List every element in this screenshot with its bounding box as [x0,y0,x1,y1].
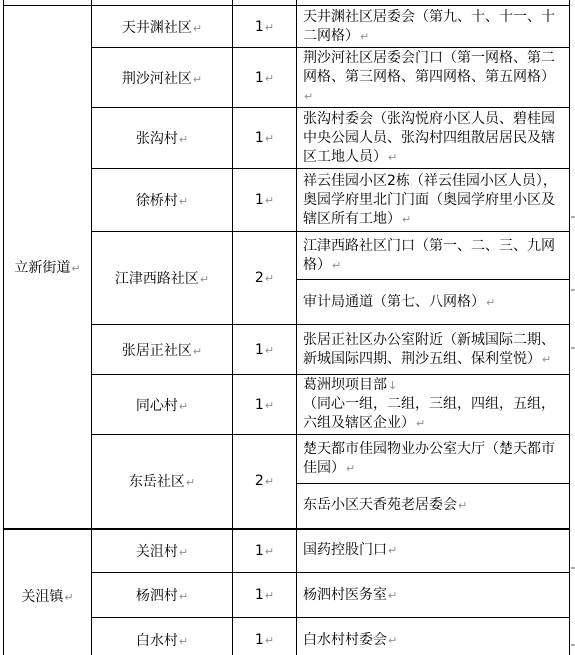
paragraph-mark-icon: ↵ [388,544,397,557]
row-end-mark [571,644,575,646]
location-cell: 葛洲坝项目部↓ （同心一组，二组，三组，四组，五组，六组及辖区企业）↵ [297,375,570,435]
community-name: 杨泗村 [136,588,178,604]
paragraph-mark-icon: ↵ [542,353,551,366]
paragraph-mark-icon: ↵ [265,344,274,357]
count-value: 1 [255,70,264,86]
count-value: 1 [255,19,264,35]
location-text: 楚天都市佳园物业办公室大厅（楚天都市佳园） [303,441,555,476]
location-cell: 杨泗村医务室↵ [297,573,570,618]
count-cell: 1↵ [233,169,297,232]
location-cell: 国药控股门口↵ [297,529,570,573]
community-cell: 关沮村↵ [92,529,233,573]
count-cell: 1↵ [233,325,297,375]
location-text: 荆沙河社区居委会门口（第一网格、第二网格、第三网格、第四网格、第五网格） [303,50,555,85]
paragraph-mark-icon: ↵ [179,133,188,146]
table-row: 立新街道↵ 天井渊社区↵ 1↵ 天井渊社区居委会（第九、十、十一、十二网格）↵ [4,6,570,48]
count-value: 1 [255,543,264,559]
count-value: 1 [255,632,264,648]
paragraph-mark-icon: ↵ [186,476,195,489]
count-value: 2 [255,473,264,489]
location-cell: 东岳小区天香苑老居委会↵ [297,484,570,529]
count-value: 1 [255,130,264,146]
document-page: 立新街道↵ 天井渊社区↵ 1↵ 天井渊社区居委会（第九、十、十一、十二网格）↵ … [0,0,575,655]
community-cell: 徐桥村↵ [92,169,233,232]
location-cell: 天井渊社区居委会（第九、十、十一、十二网格）↵ [297,6,570,48]
location-text: 张居正社区办公室附近（新城国际二期、新城国际四期、荆沙五组、保利堂悦） [303,332,555,367]
paragraph-mark-icon: ↵ [346,462,355,475]
count-cell: 1↵ [233,573,297,618]
street-cell: 立新街道↵ [4,6,92,529]
street-cell: 关沮镇↵ [4,529,92,655]
location-text: 张沟村委会（张沟悦府小区人员、碧桂园中央公园人员、张沟村四组散居居民及辖区工地人… [303,111,555,165]
paragraph-mark-icon: ↵ [193,73,202,86]
location-text: 葛洲坝项目部 [303,377,387,393]
location-text: 白水村村委会 [303,632,387,648]
line-break-icon: ↓ [388,379,397,392]
community-name: 东岳社区 [129,474,185,490]
row-end-mark [571,347,575,349]
paragraph-mark-icon: ↵ [265,634,274,647]
table-row: 关沮镇↵ 关沮村↵ 1↵ 国药控股门口↵ [4,529,570,573]
count-value: 1 [255,192,264,208]
paragraph-mark-icon: ↵ [388,151,397,164]
count-cell: 1↵ [233,375,297,435]
street-name: 立新街道 [14,260,70,276]
paragraph-mark-icon: ↵ [388,634,397,647]
street-name: 关沮镇 [21,589,63,605]
community-cell: 荆沙河社区↵ [92,48,233,108]
paragraph-mark-icon: ↵ [265,545,274,558]
row-end-mark [571,567,575,569]
community-name: 张沟村 [136,131,178,147]
count-cell: 1↵ [233,6,297,48]
paragraph-mark-icon: ↵ [360,30,369,43]
community-cell: 江津西路社区↵ [92,232,233,325]
paragraph-mark-icon: ↵ [416,417,425,430]
paragraph-mark-icon: ↵ [71,262,80,275]
paragraph-mark-icon: ↵ [179,546,188,559]
location-text: 杨泗村医务室 [303,587,387,603]
count-cell: 2↵ [233,435,297,529]
paragraph-mark-icon: ↵ [179,590,188,603]
paragraph-mark-icon: ↵ [265,272,274,285]
community-cell: 张居正社区↵ [92,325,233,375]
location-text: 审计局通道（第七、八网格） [303,294,485,310]
location-text: 东岳小区天香苑老居委会 [303,497,457,513]
count-cell: 1↵ [233,48,297,108]
count-value: 1 [255,397,264,413]
location-cell: 审计局通道（第七、八网格）↵ [297,280,570,325]
location-text: 祥云佳园小区2栋（祥云佳园小区人员），奥园学府里北门门面（奥园学府里小区及辖区所… [303,173,557,227]
count-cell: 2↵ [233,232,297,325]
count-value: 2 [255,270,264,286]
community-name: 同心村 [136,398,178,414]
count-value: 1 [255,342,264,358]
community-checkpoint-table: 立新街道↵ 天井渊社区↵ 1↵ 天井渊社区居委会（第九、十、十一、十二网格）↵ … [3,0,570,655]
paragraph-mark-icon: ↵ [64,591,73,604]
paragraph-mark-icon: ↵ [265,21,274,34]
location-text: 国药控股门口 [303,542,387,558]
community-cell: 白水村↵ [92,618,233,655]
paragraph-mark-icon: ↵ [179,400,188,413]
count-cell: 1↵ [233,108,297,169]
paragraph-mark-icon: ↵ [304,90,313,103]
paragraph-mark-icon: ↵ [193,345,202,358]
community-name: 张居正社区 [122,343,192,359]
community-cell: 张沟村↵ [92,108,233,169]
location-cell: 楚天都市佳园物业办公室大厅（楚天都市佳园）↵ [297,435,570,484]
paragraph-mark-icon: ↵ [179,635,188,648]
community-cell: 东岳社区↵ [92,435,233,529]
paragraph-mark-icon: ↵ [388,589,397,602]
community-name: 江津西路社区 [115,271,199,287]
count-value: 1 [255,587,264,603]
count-cell: 1↵ [233,618,297,655]
paragraph-mark-icon: ↵ [179,195,188,208]
paragraph-mark-icon: ↵ [402,213,411,226]
paragraph-mark-icon: ↵ [265,132,274,145]
location-text: 天井渊社区居委会（第九、十、十一、十二网格） [303,9,555,44]
location-cell: 江津西路社区门口（第一、二、三、九网格）↵ [297,232,570,280]
community-name: 荆沙河社区 [122,71,192,87]
paragraph-mark-icon: ↵ [193,22,202,35]
paragraph-mark-icon: ↵ [265,475,274,488]
location-cell: 张居正社区办公室附近（新城国际二期、新城国际四期、荆沙五组、保利堂悦）↵ [297,325,570,375]
community-name: 天井渊社区 [122,20,192,36]
paragraph-mark-icon: ↵ [486,296,495,309]
paragraph-mark-icon: ↵ [458,499,467,512]
community-cell: 同心村↵ [92,375,233,435]
community-cell: 杨泗村↵ [92,573,233,618]
paragraph-mark-icon: ↵ [265,72,274,85]
paragraph-mark-icon: ↵ [332,259,341,272]
location-cell: 白水村村委会↵ [297,618,570,655]
count-cell: 1↵ [233,529,297,573]
community-name: 徐桥村 [136,193,178,209]
location-cell: 荆沙河社区居委会门口（第一网格、第二网格、第三网格、第四网格、第五网格）↵ [297,48,570,108]
paragraph-mark-icon: ↵ [200,273,209,286]
row-end-mark [571,216,575,218]
community-name: 关沮村 [136,544,178,560]
location-cell: 张沟村委会（张沟悦府小区人员、碧桂园中央公园人员、张沟村四组散居居民及辖区工地人… [297,108,570,169]
paragraph-mark-icon: ↵ [265,194,274,207]
paragraph-mark-icon: ↵ [265,399,274,412]
paragraph-mark-icon: ↵ [265,589,274,602]
community-name: 白水村 [136,633,178,649]
location-cell: 祥云佳园小区2栋（祥云佳园小区人员），奥园学府里北门门面（奥园学府里小区及辖区所… [297,169,570,232]
location-text: （同心一组，二组，三组，四组，五组，六组及辖区企业） [303,396,555,431]
community-cell: 天井渊社区↵ [92,6,233,48]
row-end-mark [571,289,575,291]
